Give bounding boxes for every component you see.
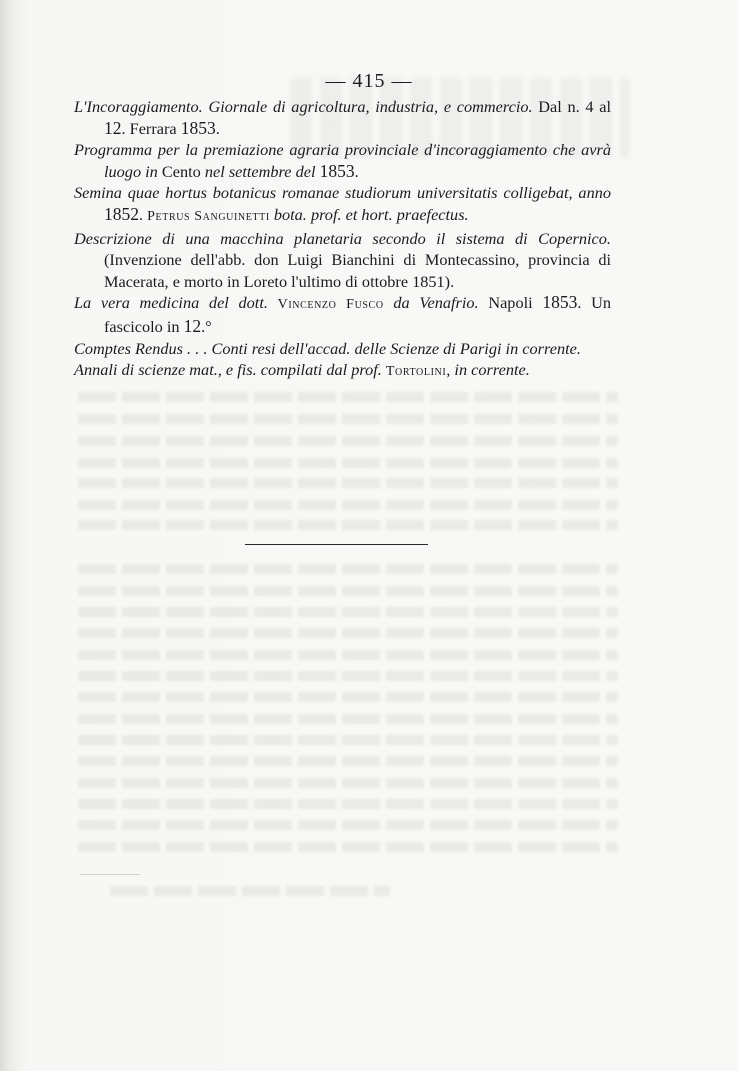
bibliography-entry: Descrizione di una macchina planetaria s… bbox=[74, 228, 611, 293]
entry-year: 1853 bbox=[320, 161, 355, 181]
entry-text: . Ferrara bbox=[122, 119, 181, 138]
entry-text: . bbox=[216, 119, 220, 138]
entry-text: . bbox=[139, 205, 147, 224]
bibliography-entry: L'Incoraggiamento. Giornale di agricoltu… bbox=[74, 96, 611, 139]
entry-text-italic: da Venafrio. bbox=[384, 293, 479, 312]
bibliography-list: L'Incoraggiamento. Giornale di agricoltu… bbox=[74, 96, 611, 383]
bibliography-entry: Programma per la premiazione agraria pro… bbox=[74, 139, 611, 182]
bibliography-entry: Semina quae hortus botanicus romanae stu… bbox=[74, 182, 611, 227]
bibliography-entry: Comptes Rendus . . . Conti resi dell'acc… bbox=[74, 338, 611, 360]
entry-text: (Invenzione dell'abb. don Luigi Bianchin… bbox=[104, 250, 611, 291]
entry-text: Dal n. 4 al bbox=[533, 97, 611, 116]
entry-text: Napoli bbox=[479, 293, 543, 312]
entry-title: Comptes Rendus . . . Conti resi dell'acc… bbox=[74, 339, 581, 358]
page-number: — 415 — bbox=[0, 70, 738, 93]
entry-text-italic: bota. prof. et hort. praefectus. bbox=[270, 205, 469, 224]
entry-title: La vera medicina del dott. bbox=[74, 293, 268, 312]
entry-author: Vincenzo Fusco bbox=[278, 297, 384, 312]
bibliography-entry: La vera medicina del dott. Vincenzo Fusc… bbox=[74, 292, 611, 337]
entry-text-italic: nel settembre del bbox=[205, 162, 316, 181]
entry-year: 1853 bbox=[542, 292, 577, 312]
bleed-through-footnote-rule bbox=[80, 874, 140, 875]
entry-text: Cento bbox=[158, 162, 205, 181]
entry-format: 12 bbox=[184, 316, 202, 336]
entry-text: . bbox=[355, 162, 359, 181]
entry-text-italic: , in corrente. bbox=[446, 360, 530, 379]
entry-number: 12 bbox=[104, 118, 122, 138]
bibliography-entry: Annali di scienze mat., e fis. compilati… bbox=[74, 359, 611, 383]
entry-author: Petrus Sanguinetti bbox=[147, 209, 270, 224]
entry-title: L'Incoraggiamento. Giornale di agricoltu… bbox=[74, 97, 533, 116]
section-separator-rule bbox=[245, 544, 428, 545]
entry-title: Descrizione di una macchina planetaria s… bbox=[74, 229, 611, 248]
scanned-page: — 415 — L'Incoraggiamento. Giornale di a… bbox=[0, 0, 738, 1071]
entry-author: Tortolini bbox=[386, 364, 446, 379]
entry-title: Annali di scienze mat., e fis. compilati… bbox=[74, 360, 382, 379]
entry-year: 1852 bbox=[104, 204, 139, 224]
entry-title: Semina quae hortus botanicus romanae stu… bbox=[74, 183, 611, 202]
entry-text bbox=[268, 293, 278, 312]
entry-text: .° bbox=[201, 317, 212, 336]
entry-year: 1853 bbox=[181, 118, 216, 138]
